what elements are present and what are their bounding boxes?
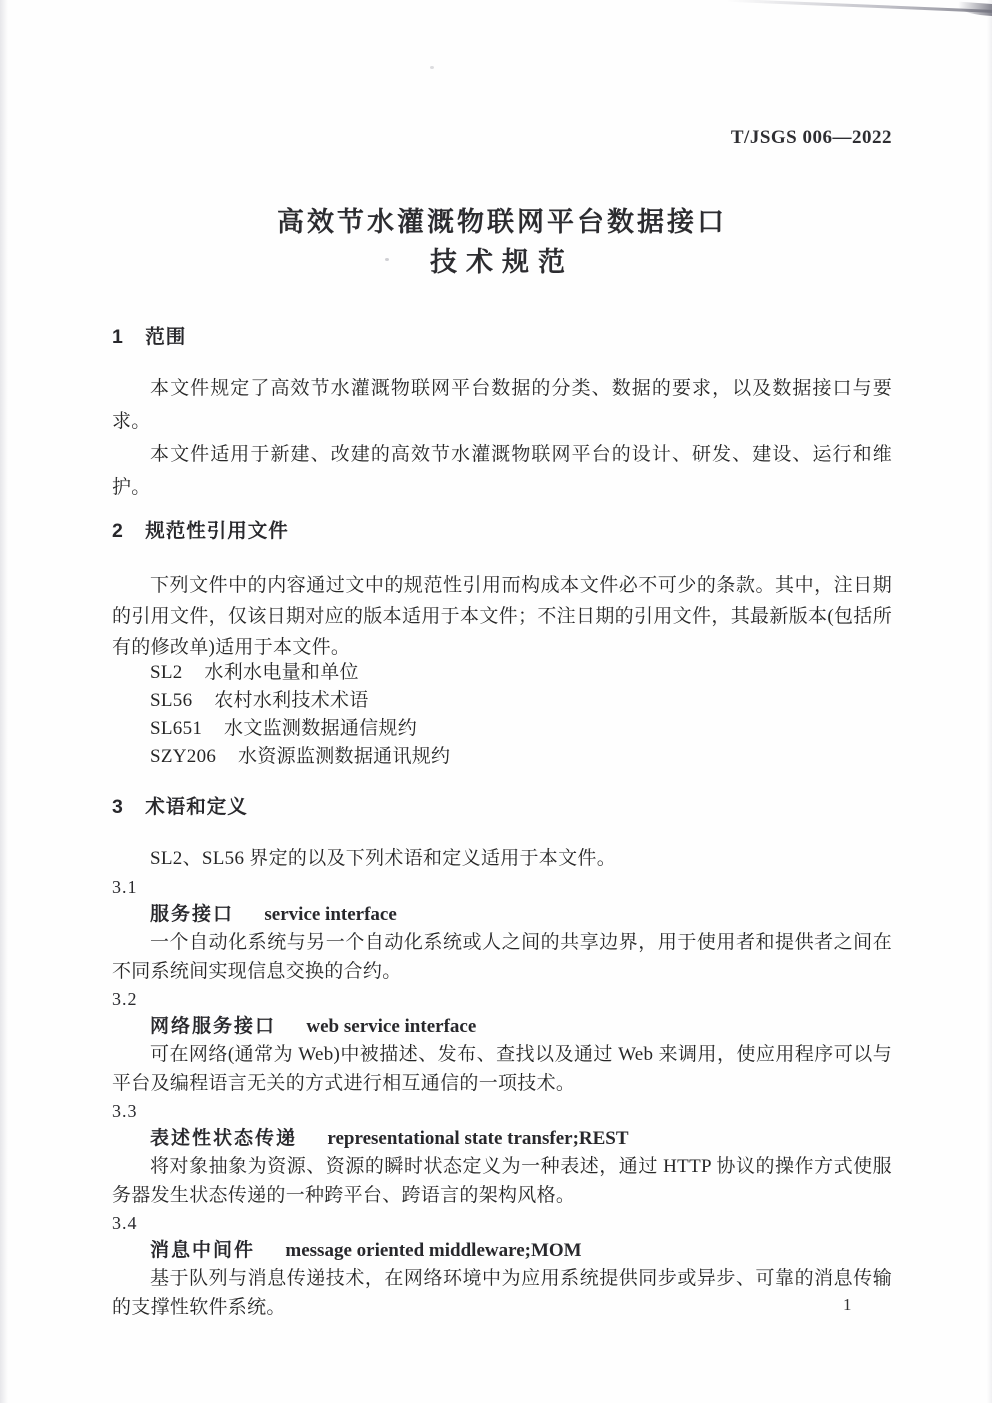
document-title-line1: 高效节水灌溉物联网平台数据接口 [112, 202, 892, 242]
term-number: 3.2 [112, 986, 892, 1013]
term-block: 3.3 表述性状态传递representational state transf… [112, 1098, 892, 1210]
section-3-number: 3 [112, 796, 123, 818]
term-heading: 网络服务接口web service interface [112, 1013, 892, 1040]
section-2-intro: 下列文件中的内容通过文中的规范性引用而构成本文件必不可少的条款。其中，注日期的引… [112, 570, 892, 663]
section-2-number: 2 [112, 520, 123, 542]
section-1-heading: 1范围 [112, 324, 892, 350]
scan-edge-shadow-left [0, 0, 8, 1403]
term-heading: 消息中间件message oriented middleware;MOM [112, 1237, 892, 1264]
section-3-heading: 3术语和定义 [112, 794, 892, 820]
reference-item: SL651水文监测数据通信规约 [112, 715, 892, 743]
term-block: 3.1 服务接口service interface 一个自动化系统与另一个自动化… [112, 874, 892, 986]
section-1-paragraph: 本文件规定了高效节水灌溉物联网平台数据的分类、数据的要求，以及数据接口与要求。 [112, 372, 892, 438]
reference-code: SL2 [150, 662, 183, 683]
section-3-intro: SL2、SL56 界定的以及下列术语和定义适用于本文件。 [112, 844, 892, 874]
reference-item: SL56农村水利技术术语 [112, 687, 892, 715]
page-content: T/JSGS 006—2022 高效节水灌溉物联网平台数据接口 技术规范 1范围… [112, 0, 892, 1322]
reference-code: SZY206 [150, 746, 216, 767]
section-1-paragraph: 本文件适用于新建、改建的高效节水灌溉物联网平台的设计、研发、建设、运行和维护。 [112, 438, 892, 504]
term-block: 3.2 网络服务接口web service interface 可在网络(通常为… [112, 986, 892, 1098]
reference-code: SL56 [150, 690, 192, 711]
reference-code: SL651 [150, 718, 202, 739]
term-block: 3.4 消息中间件message oriented middleware;MOM… [112, 1210, 892, 1322]
normative-reference-list: SL2水利水电量和单位 SL56农村水利技术术语 SL651水文监测数据通信规约… [112, 659, 892, 771]
term-name-en: representational state transfer;REST [327, 1128, 628, 1149]
document-title-line2: 技术规范 [112, 242, 892, 282]
reference-item: SZY206水资源监测数据通讯规约 [112, 743, 892, 771]
reference-item: SL2水利水电量和单位 [112, 659, 892, 687]
term-name-en: web service interface [306, 1016, 476, 1037]
section-3-title: 术语和定义 [145, 796, 248, 818]
term-name-en: message oriented middleware;MOM [285, 1240, 581, 1261]
term-heading: 服务接口service interface [112, 901, 892, 928]
section-2-title: 规范性引用文件 [145, 520, 289, 542]
term-name-zh: 消息中间件 [150, 1240, 255, 1261]
page-number: 1 [843, 1295, 852, 1315]
term-definition: 一个自动化系统与另一个自动化系统或人之间的共享边界，用于使用者和提供者之间在不同… [112, 928, 892, 986]
standard-code: T/JSGS 006—2022 [112, 126, 892, 150]
document-page: T/JSGS 006—2022 高效节水灌溉物联网平台数据接口 技术规范 1范围… [0, 0, 992, 1403]
term-definition: 将对象抽象为资源、资源的瞬时状态定义为一种表述，通过 HTTP 协议的操作方式使… [112, 1152, 892, 1210]
reference-title: 水资源监测数据通讯规约 [238, 746, 450, 767]
scan-artifact-corner [958, 2, 992, 17]
term-number: 3.3 [112, 1098, 892, 1125]
term-definition: 可在网络(通常为 Web)中被描述、发布、查找以及通过 Web 来调用，使应用程… [112, 1040, 892, 1098]
scan-edge-shadow-right [987, 0, 992, 1403]
term-heading: 表述性状态传递representational state transfer;R… [112, 1125, 892, 1152]
reference-title: 水文监测数据通信规约 [224, 718, 417, 739]
term-definition: 基于队列与消息传递技术，在网络环境中为应用系统提供同步或异步、可靠的消息传输的支… [112, 1264, 892, 1322]
term-name-zh: 网络服务接口 [150, 1016, 276, 1037]
term-number: 3.4 [112, 1210, 892, 1237]
term-name-zh: 表述性状态传递 [150, 1128, 297, 1149]
section-1-title: 范围 [145, 326, 186, 348]
reference-title: 水利水电量和单位 [204, 662, 358, 683]
reference-title: 农村水利技术术语 [214, 690, 368, 711]
term-number: 3.1 [112, 874, 892, 901]
section-1-number: 1 [112, 326, 123, 348]
term-name-en: service interface [264, 904, 396, 925]
section-2-heading: 2规范性引用文件 [112, 518, 892, 544]
term-name-zh: 服务接口 [150, 904, 234, 925]
